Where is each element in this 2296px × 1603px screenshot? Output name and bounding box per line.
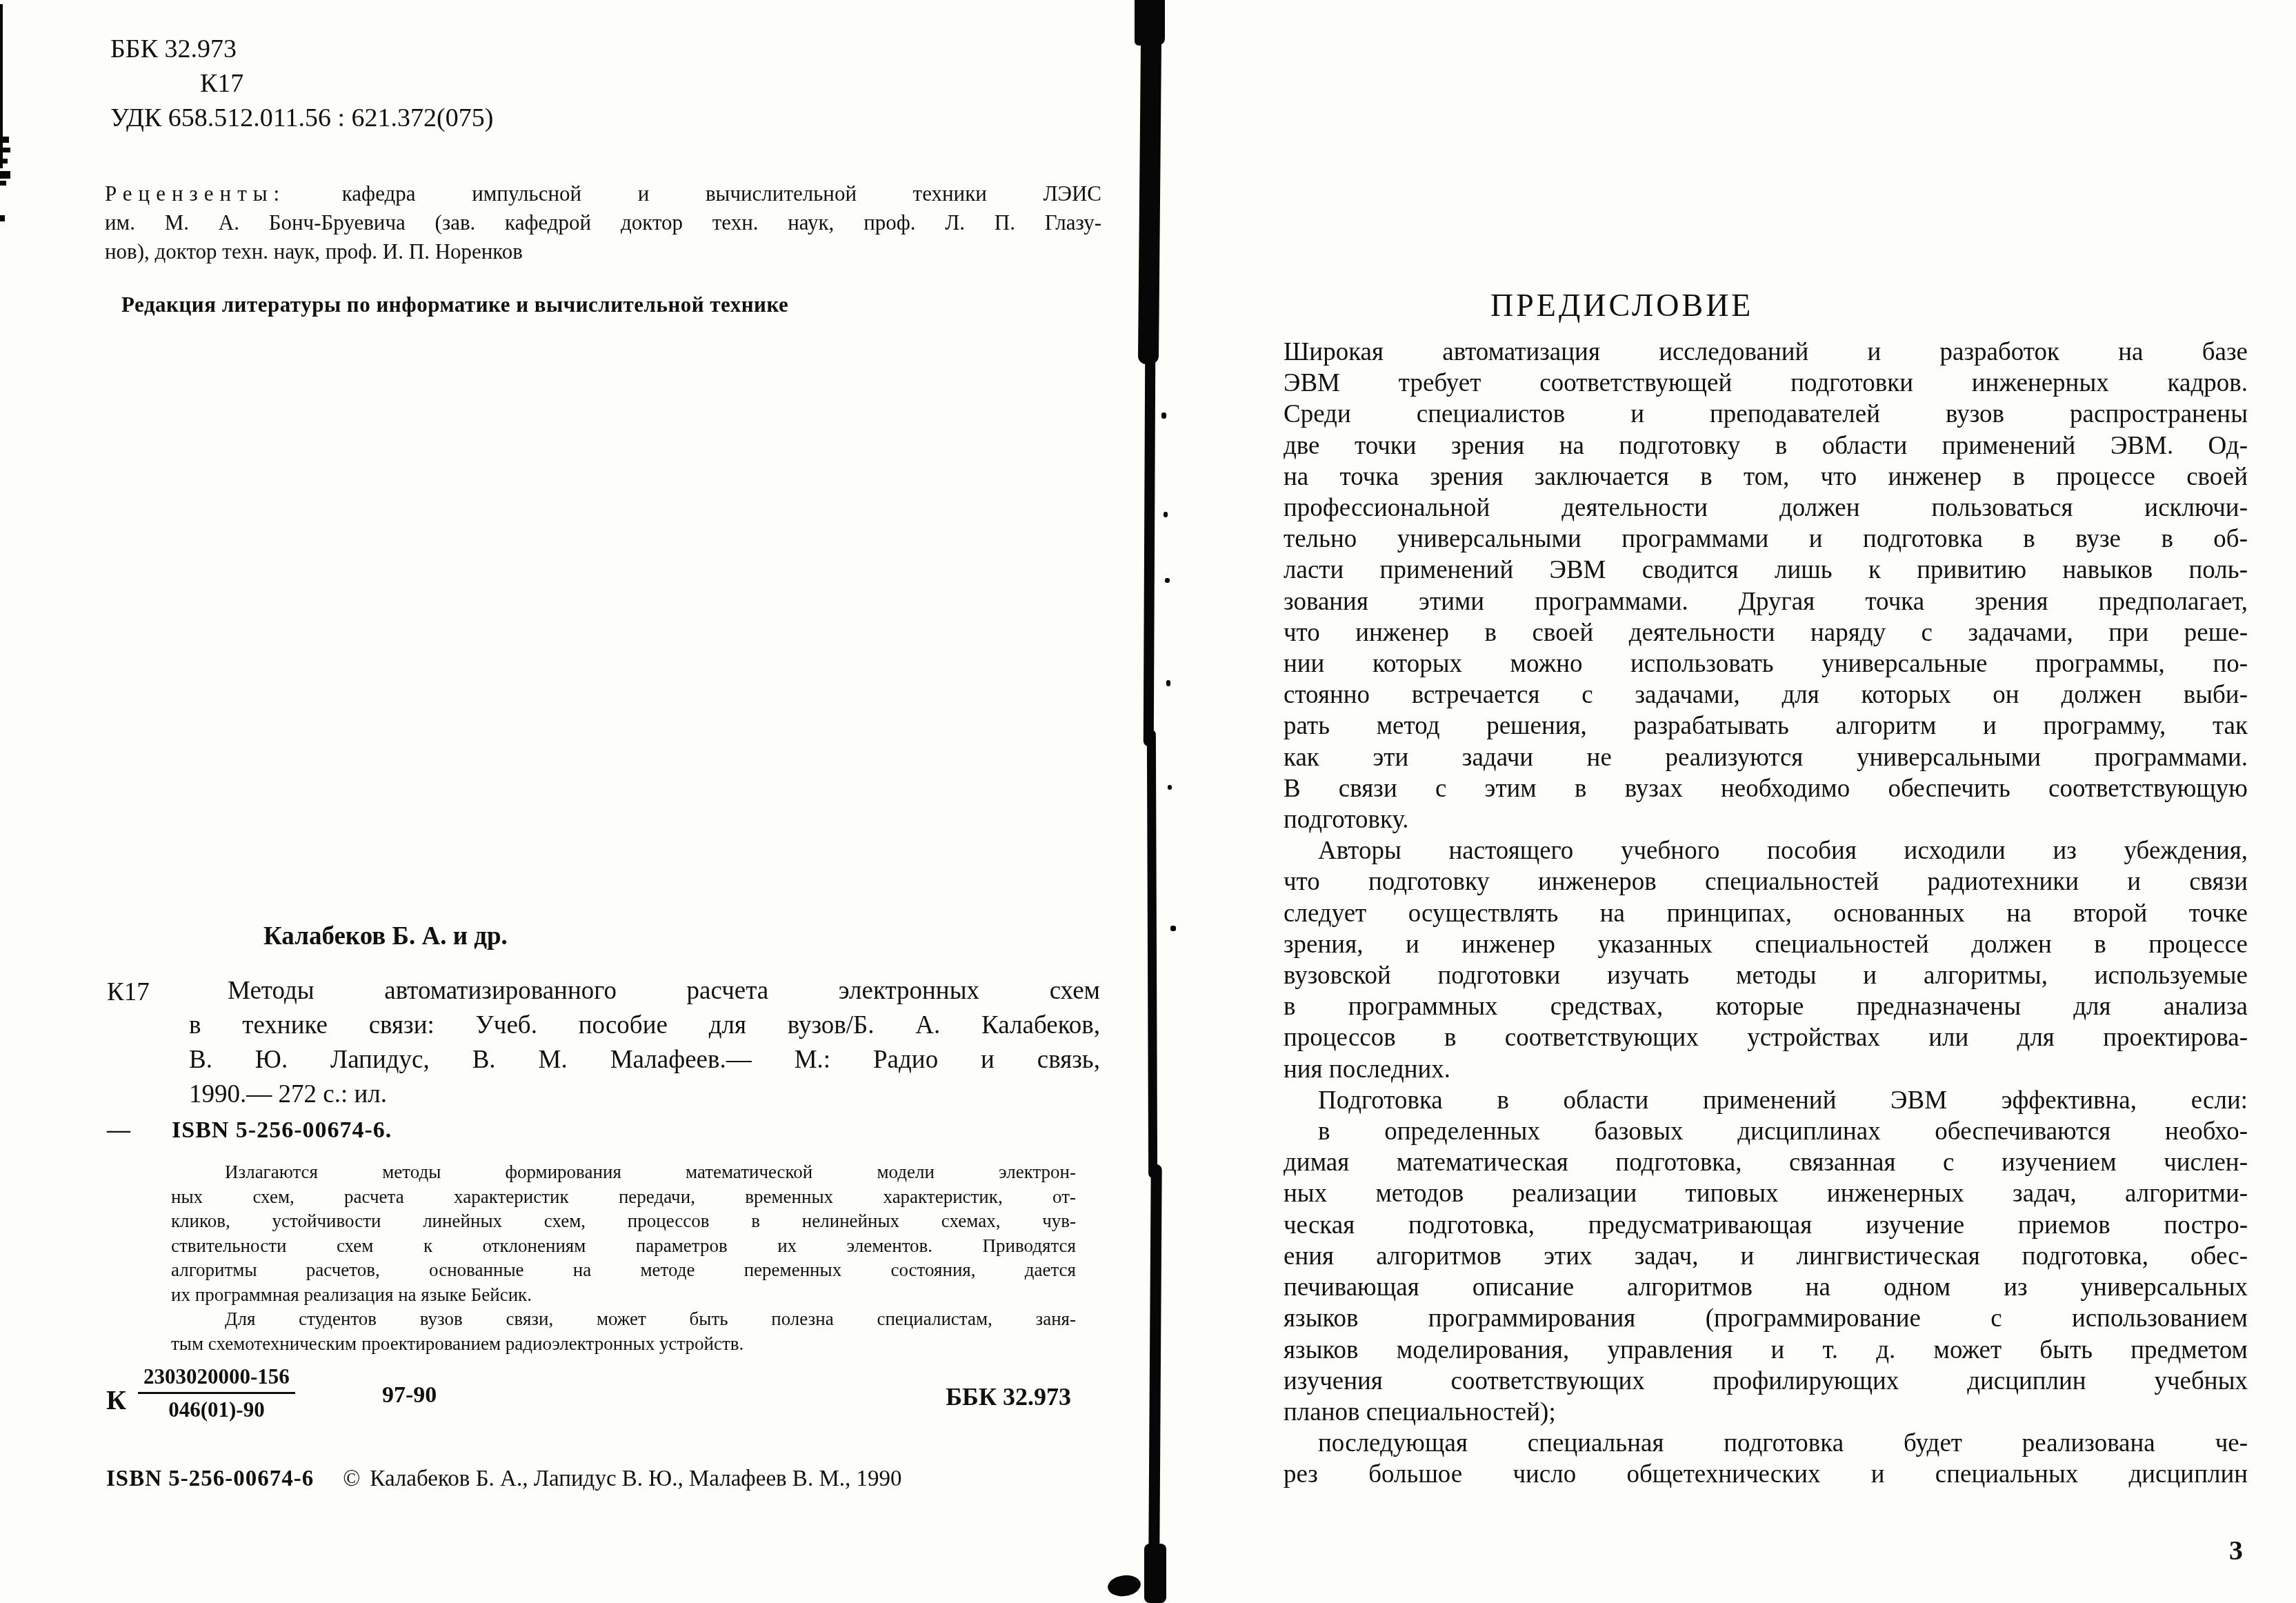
text-line: тельно универсальными программами и подг… xyxy=(1284,524,2248,555)
scan-speck xyxy=(1164,512,1168,517)
text-line: 1990.— 272 с.: ил. xyxy=(189,1077,1100,1112)
paragraph: Методы автоматизированного расчета элект… xyxy=(189,974,1100,1112)
scan-speck xyxy=(1168,785,1172,790)
scan-artifact xyxy=(0,171,10,179)
gutter-shadow-upper xyxy=(1138,37,1161,364)
text-line: нии которых можно использовать универсал… xyxy=(1284,648,2248,679)
page-number: 3 xyxy=(2229,1534,2243,1566)
left-page: ББК 32.973 К17 УДК 658.512.011.56 : 621.… xyxy=(103,0,1102,1603)
text-line: печивающая описание алгоритмов на одном … xyxy=(1284,1272,2248,1303)
author-sign-code: К17 xyxy=(200,66,493,101)
udk-code: УДК 658.512.011.56 : 621.372(075) xyxy=(110,101,493,135)
scan-speck xyxy=(1170,926,1176,931)
paragraph: Широкая автоматизация исследований и раз… xyxy=(1284,337,2248,835)
scan-artifact xyxy=(0,4,3,168)
text-line: ния последних. xyxy=(1284,1054,2248,1085)
text-line: рез большое число общетехнических и спец… xyxy=(1284,1459,2248,1490)
gutter-shadow-mid xyxy=(1147,730,1157,1178)
text-line: что инженер в своей деятельности наряду … xyxy=(1284,617,2248,648)
scan-speck xyxy=(1165,578,1170,583)
right-page: ПРЕДИСЛОВИЕ Широкая автоматизация исслед… xyxy=(1284,0,2248,1603)
text-line: процессов в соответствующих устройствах … xyxy=(1284,1022,2248,1053)
text-line: языков программирования (программировани… xyxy=(1284,1303,2248,1334)
text-line: димая математическая подготовка, связанн… xyxy=(1284,1147,2248,1178)
text-line: Методы автоматизированного расчета элект… xyxy=(189,974,1100,1008)
text-line: ЭВМ требует соответствующей подготовки и… xyxy=(1284,368,2248,399)
scan-artifact xyxy=(0,148,10,152)
text-line: стоянно встречается с задачами, для кото… xyxy=(1284,679,2248,710)
preface-text: Широкая автоматизация исследований и раз… xyxy=(1284,337,2248,1491)
text-line: Для студентов вузов связи, может быть по… xyxy=(171,1307,1076,1332)
catalog-fraction: 2303020000-156 046(01)-90 xyxy=(138,1363,295,1423)
text-line: ствительности схем к отклонениям парамет… xyxy=(171,1234,1076,1259)
catalog-prefix: К xyxy=(106,1384,126,1416)
reviewers-line: им. М. А. Бонч-Бруевича (зав. кафедрой д… xyxy=(105,208,1101,237)
scan-artifact xyxy=(0,159,8,163)
text-line: алгоритмы расчетов, основанные на методе… xyxy=(171,1258,1076,1283)
book-scan-spread: { "document": { "left_page": { "bbk_line… xyxy=(0,0,2296,1603)
text-line: ения алгоритмов этих задач, и лингвистич… xyxy=(1284,1241,2248,1272)
isbn-line: —ISBN 5-256-00674-6. xyxy=(107,1117,392,1144)
text-line: две точки зрения на подготовку в области… xyxy=(1284,430,2248,461)
scan-artifact xyxy=(0,137,9,143)
text-line: зования этими программами. Другая точка … xyxy=(1284,586,2248,617)
text-line: кликов, устойчивости линейных схем, проц… xyxy=(171,1209,1076,1234)
text-line: Излагаются методы формирования математич… xyxy=(171,1160,1076,1185)
author-heading: Калабеков Б. А. и др. xyxy=(263,922,508,951)
isbn-dash: — xyxy=(107,1117,130,1143)
text-line: Широкая автоматизация исследований и раз… xyxy=(1284,337,2248,368)
copyright-icon: © xyxy=(343,1466,360,1491)
gutter-shadow-bottom xyxy=(1144,1544,1166,1603)
bibliographic-entry: К17 Методы автоматизированного расчета э… xyxy=(189,974,1100,1112)
gutter-shadow-lower xyxy=(1148,1164,1161,1555)
catalog-suffix: 97-90 xyxy=(382,1382,437,1408)
paragraph: Подготовка в области применений ЭВМ эффе… xyxy=(1284,1085,2248,1116)
text-line: их программная реализация на языке Бейси… xyxy=(171,1283,1076,1308)
scan-artifact xyxy=(1106,1573,1142,1598)
text-line: изучения соответствующих профилирующих д… xyxy=(1284,1366,2248,1397)
bbk-code-bottom: ББК 32.973 xyxy=(946,1382,1071,1411)
chapter-title: ПРЕДИСЛОВИЕ xyxy=(1490,287,1753,323)
paragraph: в определенных базовых дисциплинах обесп… xyxy=(1284,1116,2248,1428)
text-line: ласти применений ЭВМ сводится лишь к при… xyxy=(1284,555,2248,586)
text-line: планов специальностей); xyxy=(1284,1397,2248,1428)
copyright-holders: Калабеков Б. А., Лапидус В. Ю., Малафеев… xyxy=(370,1466,901,1491)
catalog-number-row: К 2303020000-156 046(01)-90 97-90 ББК 32… xyxy=(106,1363,1100,1453)
catalog-entry-code: К17 xyxy=(107,975,150,1010)
text-line: вузовской подготовки изучать методы и ал… xyxy=(1284,960,2248,991)
text-line: В связи с этим в вузах необходимо обеспе… xyxy=(1284,773,2248,804)
reviewers-line: Рецензенты: кафедра импульсной и вычисли… xyxy=(105,179,1101,208)
bbk-code: ББК 32.973 xyxy=(110,32,493,66)
text-line: последующая специальная подготовка будет… xyxy=(1284,1428,2248,1459)
text-line: на точка зрения заключается в том, что и… xyxy=(1284,461,2248,492)
text-line: Подготовка в области применений ЭВМ эффе… xyxy=(1284,1085,2248,1116)
gutter-shadow-mid xyxy=(1144,356,1155,746)
text-line: что подготовку инженеров специальностей … xyxy=(1284,866,2248,897)
reviewers-block: Рецензенты: кафедра импульсной и вычисли… xyxy=(105,179,1101,266)
text-line: в программных средствах, которые предназ… xyxy=(1284,991,2248,1022)
isbn-bottom: ISBN 5-256-00674-6 xyxy=(106,1466,314,1491)
text-line: ных схем, расчета характеристик передачи… xyxy=(171,1185,1076,1210)
text-line: Авторы настоящего учебного пособия исход… xyxy=(1284,835,2248,866)
text-line: языков моделирования, управления и т. д.… xyxy=(1284,1335,2248,1366)
reviewers-text: кафедра импульсной и вычислительной техн… xyxy=(342,181,1101,206)
text-line: в определенных базовых дисциплинах обесп… xyxy=(1284,1116,2248,1147)
scan-speck xyxy=(1161,412,1166,419)
text-line: В. Ю. Лапидус, В. М. Малафеев.— М.: Ради… xyxy=(189,1043,1100,1077)
text-line: следует осуществлять на принципах, основ… xyxy=(1284,898,2248,929)
text-line: зрения, и инженер указанных специальност… xyxy=(1284,929,2248,960)
paragraph: Излагаются методы формирования математич… xyxy=(171,1160,1076,1307)
reviewers-label: Рецензенты: xyxy=(105,181,286,206)
text-line: рать метод решения, разрабатывать алгори… xyxy=(1284,710,2248,741)
catalog-numerator: 2303020000-156 xyxy=(138,1363,295,1394)
editorial-line: Редакция литературы по информатике и выч… xyxy=(121,292,788,317)
annotation-block: Излагаются методы формирования математич… xyxy=(171,1160,1076,1356)
reviewers-line: нов), доктор техн. наук, проф. И. П. Нор… xyxy=(105,237,1101,266)
paragraph: Для студентов вузов связи, может быть по… xyxy=(171,1307,1076,1356)
paragraph: Авторы настоящего учебного пособия исход… xyxy=(1284,835,2248,1085)
catalog-denominator: 046(01)-90 xyxy=(138,1394,295,1423)
scan-artifact xyxy=(0,181,6,186)
text-line: подготовку. xyxy=(1284,804,2248,835)
scan-artifact xyxy=(0,215,5,221)
text-line: в технике связи: Учеб. пособие для вузов… xyxy=(189,1008,1100,1043)
text-line: профессиональной деятельности должен пол… xyxy=(1284,492,2248,524)
text-line: тым схемотехническим проектированием рад… xyxy=(171,1332,1076,1357)
copyright-line: ISBN 5-256-00674-6©Калабеков Б. А., Лапи… xyxy=(106,1466,1100,1492)
classification-block: ББК 32.973 К17 УДК 658.512.011.56 : 621.… xyxy=(110,32,493,135)
isbn-number: ISBN 5-256-00674-6. xyxy=(172,1117,392,1143)
scan-speck xyxy=(1166,680,1170,686)
paragraph: последующая специальная подготовка будет… xyxy=(1284,1428,2248,1490)
text-line: Среди специалистов и преподавателей вузо… xyxy=(1284,399,2248,430)
text-line: ческая подготовка, предусматривающая изу… xyxy=(1284,1210,2248,1241)
text-line: ных методов реализации типовых инженерны… xyxy=(1284,1178,2248,1209)
text-line: как эти задачи не реализуются универсаль… xyxy=(1284,742,2248,773)
